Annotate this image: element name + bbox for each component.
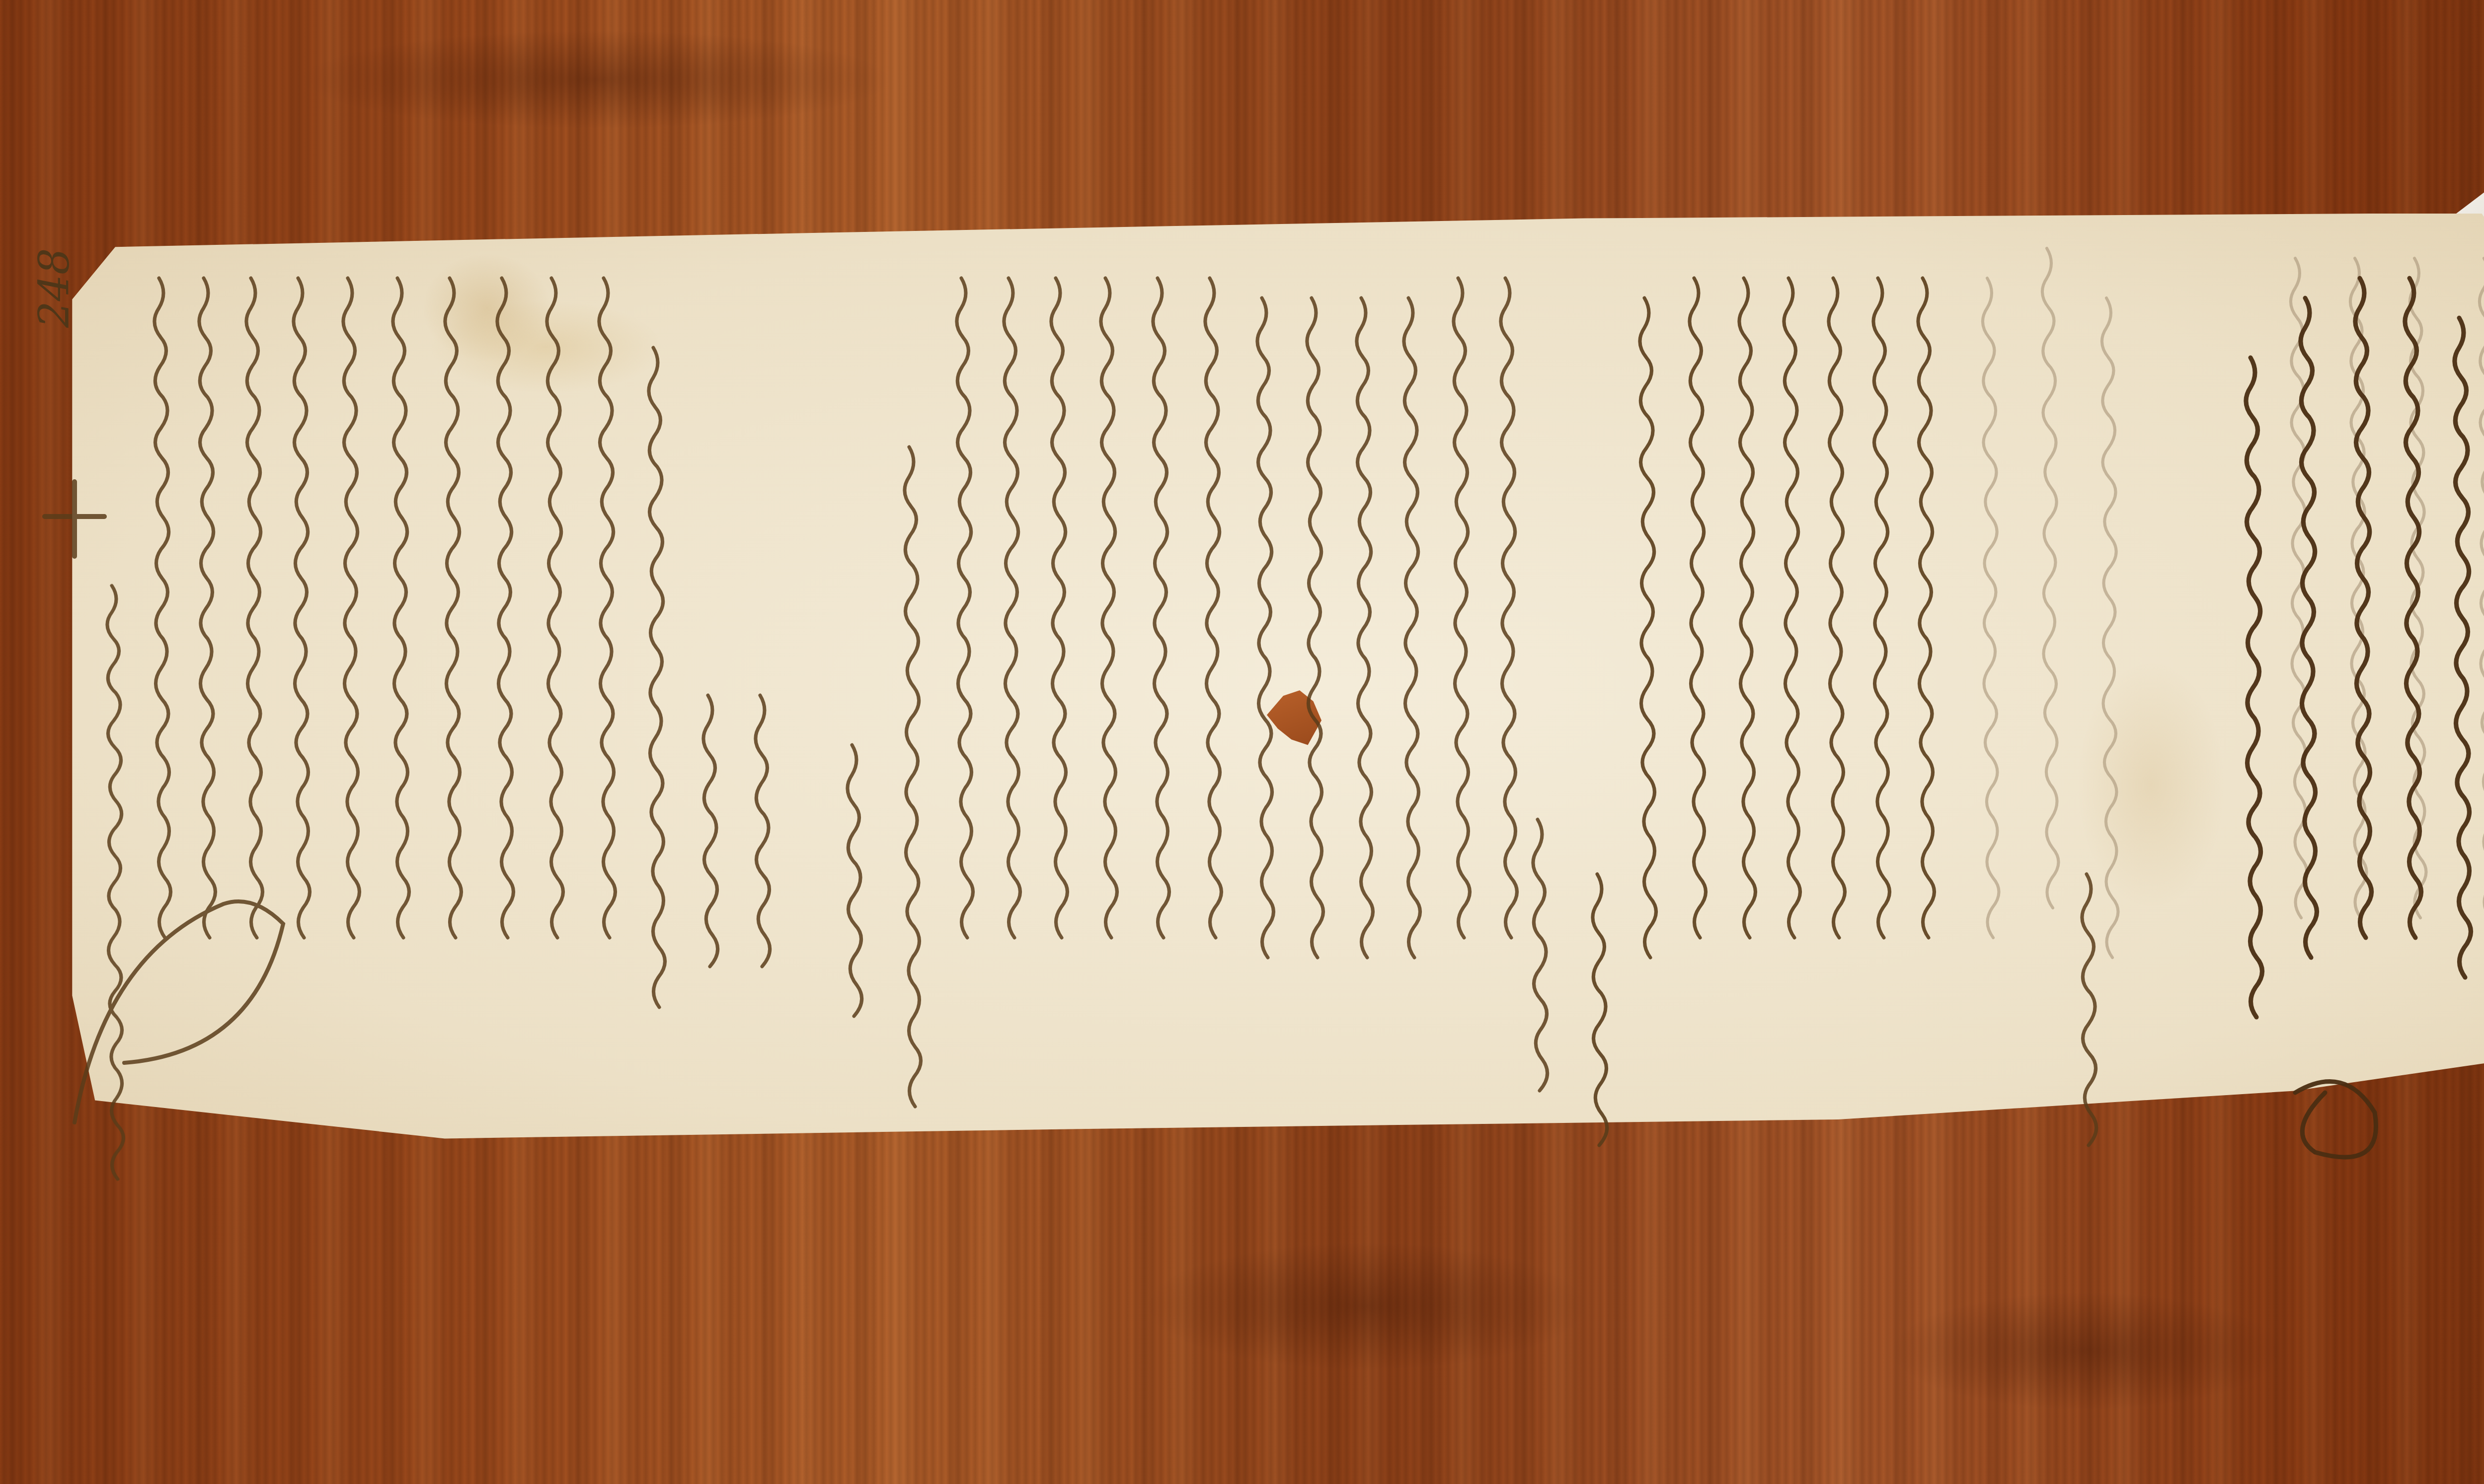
paper-stain xyxy=(2077,661,2226,909)
wood-grain-knot xyxy=(1143,1242,1590,1371)
manuscript-leaf xyxy=(65,214,2484,1167)
folio-number: 248 xyxy=(30,248,78,328)
wood-grain-knot xyxy=(298,30,894,129)
wood-grain-knot xyxy=(1888,1291,2285,1410)
paper-stain xyxy=(422,253,551,363)
